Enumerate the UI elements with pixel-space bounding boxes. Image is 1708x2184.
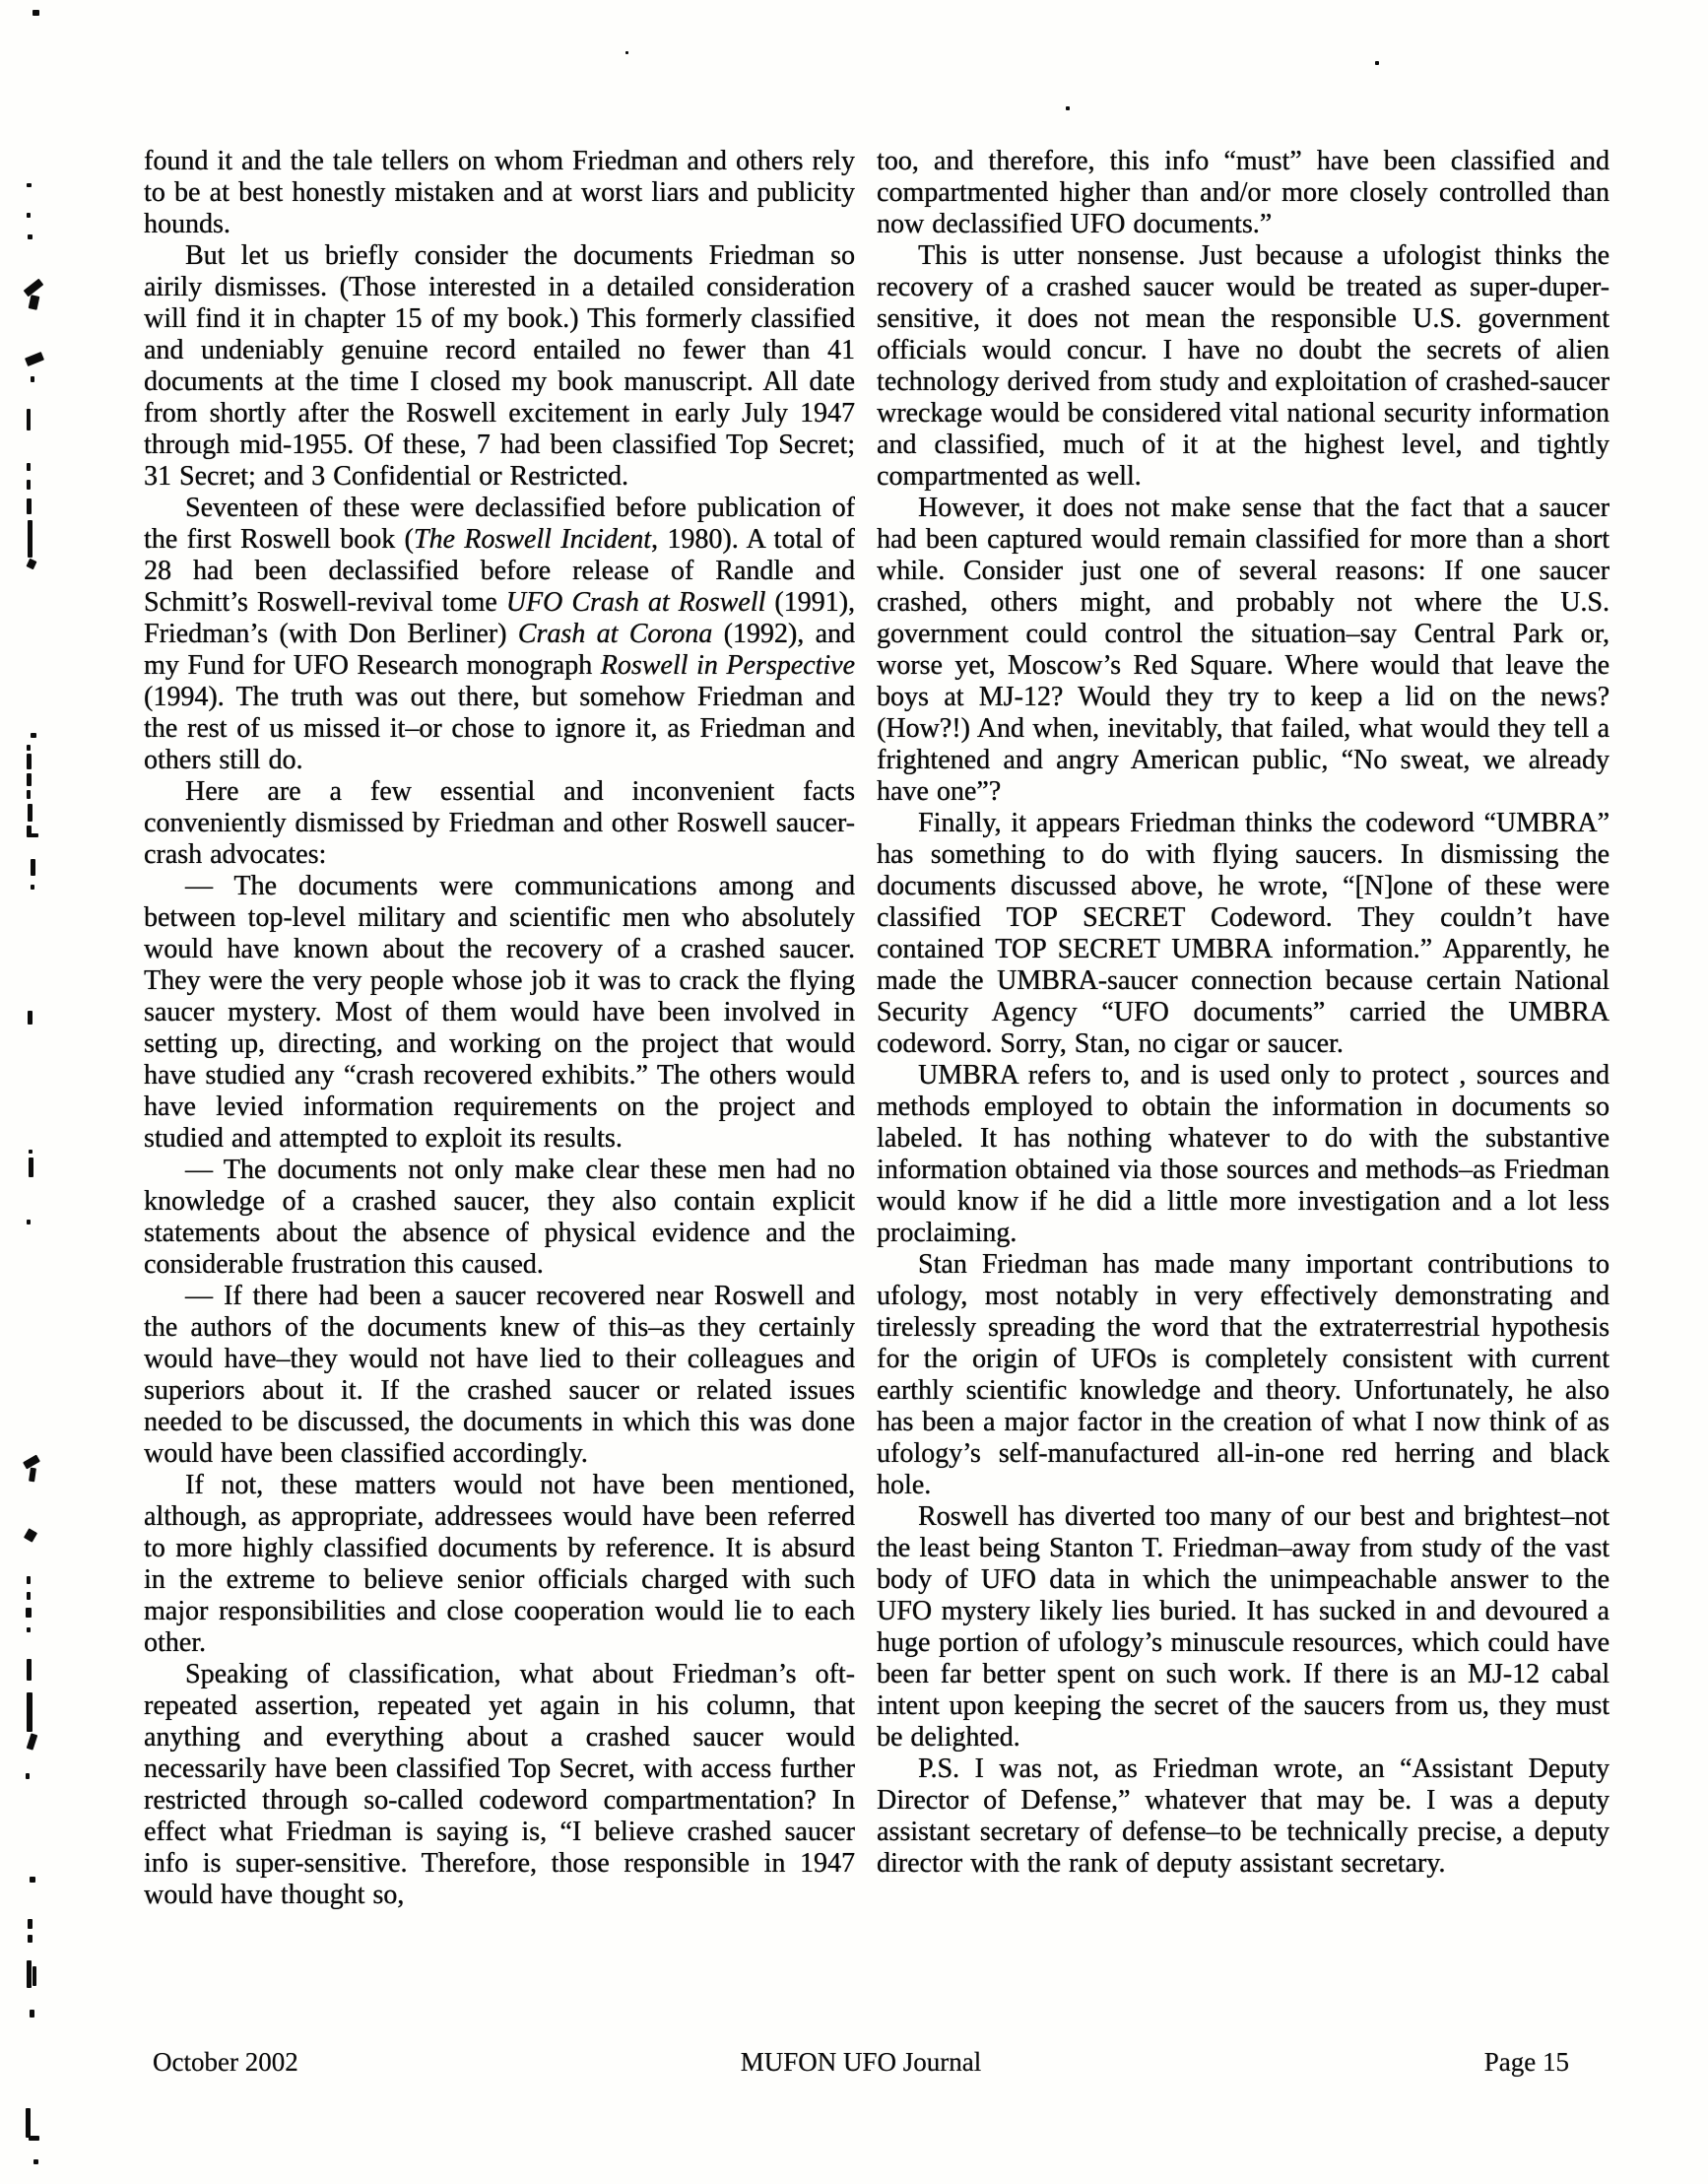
scan-artifact [26,1608,32,1618]
paragraph: Roswell has diverted too many of our bes… [877,1501,1609,1754]
italic-text-segment: UFO Crash at Roswell [506,587,766,618]
scan-artifact [27,790,31,799]
italic-text-segment: The Roswell Incident [414,524,651,555]
paragraph: If not, these matters would not have bee… [144,1470,855,1659]
scan-artifact [27,1960,32,1988]
scan-artifact [28,520,33,558]
scan-artifact [26,1773,30,1779]
scan-artifact [28,1011,33,1025]
italic-text-segment: Crash at Corona [518,619,712,649]
text-column-left: found it and the tale tellers on whom Fr… [144,146,855,2047]
scan-artifact [29,1150,33,1154]
page-footer: October 2002 MUFON UFO Journal Page 15 [153,2047,1569,2078]
footer-issue-date: October 2002 [153,2047,624,2078]
paragraph: — The documents not only make clear thes… [144,1155,855,1281]
scan-artifact [27,1592,31,1600]
paragraph: Seventeen of these were declassified bef… [144,493,855,776]
scan-artifact [24,279,44,298]
scan-artifact [26,559,36,570]
paragraph: Speaking of classification, what about F… [144,1659,855,1911]
scan-artifact [31,859,35,876]
scan-artifact [33,1966,36,1986]
text-segment: This is utter nonsense. Just because a u… [877,240,1609,492]
text-segment: P.S. I was not, as Friedman wrote, an “A… [877,1754,1609,1879]
paragraph: This is utter nonsense. Just because a u… [877,240,1609,493]
text-segment: However, it does not make sense that the… [877,493,1609,807]
scan-artifact [28,804,33,822]
scan-artifact [27,463,31,471]
paragraph: But let us briefly consider the document… [144,240,855,493]
scan-artifact [27,480,31,490]
paragraph: Stan Friedman has made many important co… [877,1249,1609,1501]
scan-artifact [29,1158,33,1177]
scan-artifact [30,2010,34,2018]
scan-artifact [625,51,628,54]
scan-artifact [24,1528,37,1543]
scan-artifact [31,885,34,890]
text-segment: — If there had been a saucer recovered n… [144,1281,855,1469]
scan-artifact [27,754,32,769]
scan-artifact [1066,106,1070,110]
scan-artifact [28,1935,33,1943]
text-column-right: too, and therefore, this info “must” hav… [877,146,1609,2047]
text-segment: Here are a few essential and inconvenien… [144,776,855,870]
italic-text-segment: Roswell in Perspective [601,650,855,681]
scan-artifact [26,2108,31,2138]
paragraph: P.S. I was not, as Friedman wrote, an “A… [877,1754,1609,1880]
scan-artifact [25,352,44,366]
footer-journal-title: MUFON UFO Journal [624,2047,1096,2078]
text-segment: Stan Friedman has made many important co… [877,1249,1609,1500]
scan-artifact [30,833,38,837]
footer-page-number: Page 15 [1097,2047,1569,2078]
text-segment: — The documents were communications amon… [144,871,855,1154]
text-segment: (1994). The truth was out there, but som… [144,682,855,775]
scan-artifact [27,1733,38,1750]
paragraph: — If there had been a saucer recovered n… [144,1281,855,1470]
scan-artifact [27,745,31,751]
scan-artifact [27,1659,32,1681]
scan-artifact [1375,61,1379,65]
scan-artifact [27,1220,31,1224]
scan-artifact [27,213,31,218]
scan-artifact [31,733,36,738]
text-segment: UMBRA refers to, and is used only to pro… [877,1060,1609,1248]
scan-artifact [31,376,34,382]
paragraph: UMBRA refers to, and is used only to pro… [877,1060,1609,1249]
scan-artifact [27,498,32,514]
text-segment: Speaking of classification, what about F… [144,1659,855,1910]
scan-artifact [29,1468,36,1483]
scan-artifact [28,1919,33,1929]
scan-artifact [29,295,40,310]
scan-artifact [30,1877,35,1883]
text-segment: Roswell has diverted too many of our bes… [877,1501,1609,1753]
scan-artifact [29,2136,39,2141]
scan-artifact [33,10,39,16]
paragraph: too, and therefore, this info “must” hav… [877,146,1609,240]
text-segment: — The documents not only make clear thes… [144,1155,855,1280]
scan-artifact [27,1627,31,1632]
paragraph: However, it does not make sense that the… [877,493,1609,808]
text-segment: If not, these matters would not have bee… [144,1470,855,1658]
scan-artifact [28,234,33,239]
text-segment: But let us briefly consider the document… [144,240,855,492]
scan-artifact [27,1692,33,1732]
paragraph: Finally, it appears Friedman thinks the … [877,808,1609,1060]
scan-artifact [33,2159,38,2164]
scanned-journal-page: found it and the tale tellers on whom Fr… [0,0,1708,2184]
paragraph: Here are a few essential and inconvenien… [144,776,855,871]
paragraph: — The documents were communications amon… [144,871,855,1155]
scan-artifact [27,183,32,187]
text-segment: found it and the tale tellers on whom Fr… [144,146,855,239]
paragraph: found it and the tale tellers on whom Fr… [144,146,855,240]
scan-artifact [27,773,32,786]
text-segment: too, and therefore, this info “must” hav… [877,146,1609,239]
two-column-text-block: found it and the tale tellers on whom Fr… [144,146,1609,2047]
scan-artifact [27,409,31,430]
scan-artifact [27,1576,31,1584]
text-segment: Finally, it appears Friedman thinks the … [877,808,1609,1059]
